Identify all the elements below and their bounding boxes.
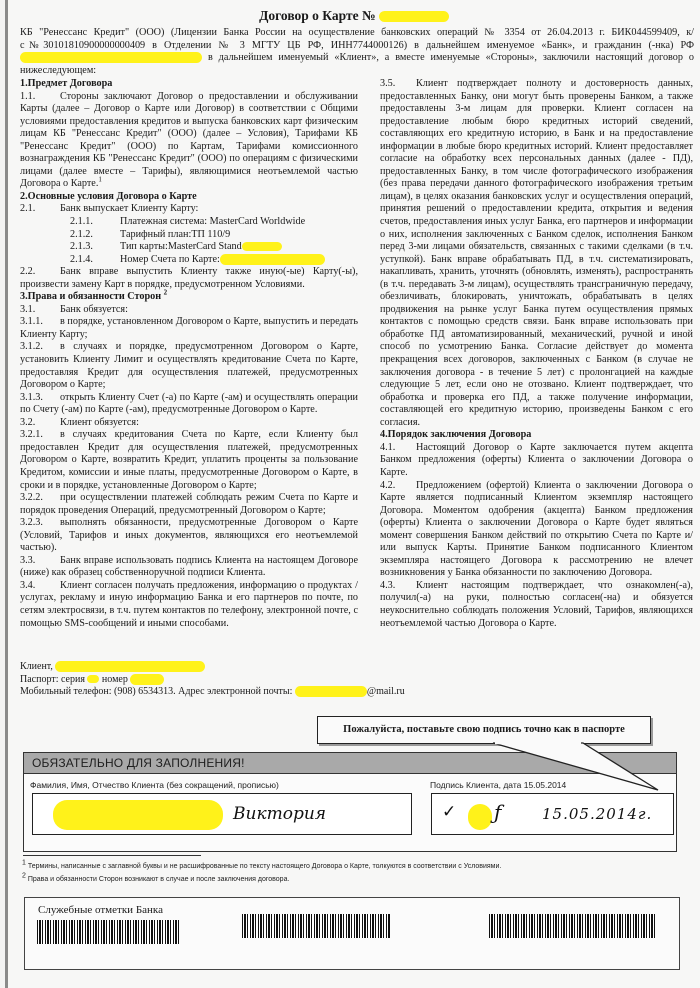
intro-paragraph: КБ "Ренессанс Кредит" (ООО) (Лицензии Ба… [20,27,694,77]
clause-number: 3.2. [20,417,60,430]
clause-2-1-2: 2.1.2.Тарифный план:ТП 110/9 [20,229,358,242]
redaction-signature [468,804,492,830]
barcode-1-icon [37,920,179,944]
handwritten-signature: ƒ [494,800,501,824]
clause-number: 4.3. [380,580,416,593]
clause-3-1: 3.1.Банк обязуется: [20,304,358,317]
clause-1-1: 1.1.Стороны заключают Договор о предоста… [20,91,358,191]
clause-number: 3.1.2. [20,341,60,354]
clause-number: 2.1.1. [70,216,120,229]
clause-number: 3.4. [20,580,60,593]
passport-number-label: номер [102,674,128,685]
clause-text: открыть Клиенту Счет (-а) по Карте (-ам)… [20,392,358,416]
client-label: Клиент, [20,661,53,672]
clause-text: Платежная система: MasterCard Worldwide [120,216,305,227]
handwritten-date: 15.05.2014г. [542,805,652,823]
footnote-divider [23,855,201,856]
redaction-account-number [220,254,325,265]
clause-number: 2.2. [20,266,60,279]
clause-number: 3.2.3. [20,517,60,530]
heading-text: 3.Права и обязанности Сторон [20,291,161,302]
clause-3-3: 3.3.Банк вправе использовать подпись Кли… [20,555,358,580]
clause-3-1-3: 3.1.3.открыть Клиенту Счет (-а) по Карте… [20,392,358,417]
clause-2-1-3: 2.1.3.Тип карты:MasterCard Stand [20,241,358,254]
clause-3-2-3: 3.2.3.выполнять обязанности, предусмотре… [20,517,358,555]
clause-text: Клиент обязуется: [60,417,139,428]
bank-marks-label: Служебные отметки Банка [38,904,163,916]
clause-text: Номер Счета по Карте: [120,254,220,265]
phone-line: Мобильный телефон: (908) 6534313. Адрес … [20,686,405,699]
clause-number: 4.1. [380,442,416,455]
redaction-passport-series [87,675,99,683]
redaction-client-name [20,52,202,63]
clause-text: Тип карты:MasterCard Stand [120,241,242,252]
clause-number: 3.3. [20,555,60,568]
clause-text: Банк обязуется: [60,304,128,315]
mandatory-section: ОБЯЗАТЕЛЬНО ДЛЯ ЗАПОЛНЕНИЯ! Фамилия, Имя… [23,752,677,852]
section-4-heading: 4.Порядок заключения Договора [380,429,693,442]
clause-3-5: 3.5.Клиент подтверждает полноту и достов… [380,78,693,429]
footnote-2: 2 Права и обязанности Сторон возникают в… [22,876,289,883]
clause-text: Настоящий Договор о Карте заключается пу… [380,442,693,478]
passport-line: Паспорт: серия номер [20,674,405,687]
full-name-field[interactable]: Виктория [32,793,412,835]
clause-text: выполнять обязанности, предусмотренные Д… [20,517,358,553]
clause-text: Клиент подтверждает полноту и достоверно… [380,78,693,428]
client-line: Клиент, [20,661,405,674]
clause-number: 3.2.2. [20,492,60,505]
left-column: 1.Предмет Договора 1.1.Стороны заключают… [20,78,358,630]
clause-4-3: 4.3.Клиент настоящим подтверждает, что о… [380,580,693,630]
email-domain: @mail.ru [367,686,405,697]
signature-label: Подпись Клиента, дата 15.05.2014 [430,780,566,790]
clause-number: 3.1.1. [20,316,60,329]
bank-marks-box: Служебные отметки Банка [24,897,680,970]
clause-text: Клиент настоящим подтверждает, что ознак… [380,580,693,629]
clause-3-1-2: 3.1.2.в случаях и порядке, предусмотренн… [20,341,358,391]
intro-text-1: КБ "Ренессанс Кредит" (ООО) (Лицензии Ба… [20,27,694,51]
redaction-passport-number [130,674,164,685]
name-label: Фамилия, Имя, Отчество Клиента (без сокр… [30,780,279,790]
redaction-contract-number [379,11,449,22]
clause-text: в случаях кредитования Счета по Карте, е… [20,429,358,490]
handwritten-name: Виктория [233,804,326,824]
document-title: Договор о Карте № [8,8,700,24]
clause-text: Предложением (офертой) Клиента о заключе… [380,480,693,579]
clause-number: 3.1.3. [20,392,60,405]
clause-number: 2.1. [20,203,60,216]
clause-number: 3.5. [380,78,416,91]
footnote-1: 1 Термины, написанные с заглавной буквы … [22,863,501,870]
clause-text: в порядке, установленном Договором о Кар… [20,316,358,340]
phone-text: Мобильный телефон: (908) 6534313. Адрес … [20,686,292,697]
clause-text: Банк вправе использовать подпись Клиента… [20,555,358,579]
title-text: Договор о Карте № [259,8,375,23]
right-column: 3.5.Клиент подтверждает полноту и достов… [380,78,693,630]
signature-callout: Пожалуйста, поставьте свою подпись точно… [317,716,651,744]
footnote-ref: 1 [98,176,102,184]
clause-number: 2.1.4. [70,254,120,267]
clause-2-1: 2.1.Банк выпускает Клиенту Карту: [20,203,358,216]
redaction-client [55,661,205,672]
client-contacts: Клиент, Паспорт: серия номер Мобильный т… [20,661,405,699]
mandatory-header: ОБЯЗАТЕЛЬНО ДЛЯ ЗАПОЛНЕНИЯ! [24,753,676,774]
footnote-text: Права и обязанности Сторон возникают в с… [28,876,290,883]
footnote-ref: 2 [164,289,168,297]
clause-text: при осуществлении платежей соблюдать реж… [20,492,358,516]
check-mark-icon: ✓ [442,802,456,822]
footnote-text: Термины, написанные с заглавной буквы и … [28,863,502,870]
barcode-3-icon [489,914,655,938]
clause-text: Тарифный план:ТП 110/9 [120,229,230,240]
clause-number: 4.2. [380,480,416,493]
clause-2-1-4: 2.1.4.Номер Счета по Карте: [20,254,358,267]
clause-2-2: 2.2.Банк вправе выпустить Клиенту также … [20,266,358,291]
section-3-heading: 3.Права и обязанности Сторон 2 [20,291,358,304]
clause-4-2: 4.2.Предложением (офертой) Клиента о зак… [380,480,693,580]
passport-label: Паспорт: серия [20,674,85,685]
contract-page: Договор о Карте № КБ "Ренессанс Кредит" … [5,0,700,988]
clause-number: 2.1.3. [70,241,120,254]
clause-text: Банк выпускает Клиенту Карту: [60,203,198,214]
clause-text: Банк вправе выпустить Клиенту также иную… [20,266,358,290]
redaction-full-name [53,800,223,830]
barcode-2-icon [242,914,390,938]
signature-field[interactable]: ✓ ƒ 15.05.2014г. [431,793,674,835]
clause-number: 1.1. [20,91,60,104]
section-2-heading: 2.Основные условия Договора о Карте [20,191,358,204]
clause-4-1: 4.1.Настоящий Договор о Карте заключаетс… [380,442,693,480]
section-1-heading: 1.Предмет Договора [20,78,358,91]
clause-number: 3.1. [20,304,60,317]
clause-text: Стороны заключают Договор о предоставлен… [20,91,358,190]
redaction-card-type [242,242,282,251]
footnote-mark: 1 [22,860,26,867]
clause-3-4: 3.4.Клиент согласен получать предложения… [20,580,358,630]
clause-3-2: 3.2.Клиент обязуется: [20,417,358,430]
clause-number: 2.1.2. [70,229,120,242]
clause-3-2-2: 3.2.2.при осуществлении платежей соблюда… [20,492,358,517]
clause-2-1-1: 2.1.1.Платежная система: MasterCard Worl… [20,216,358,229]
footnote-mark: 2 [22,873,26,880]
clause-text: в случаях и порядке, предусмотренном Дог… [20,341,358,390]
clause-text: Клиент согласен получать предложения, ин… [20,580,358,629]
clause-3-1-1: 3.1.1.в порядке, установленном Договором… [20,316,358,341]
clause-3-2-1: 3.2.1.в случаях кредитования Счета по Ка… [20,429,358,492]
clause-number: 3.2.1. [20,429,60,442]
redaction-email [295,686,367,697]
